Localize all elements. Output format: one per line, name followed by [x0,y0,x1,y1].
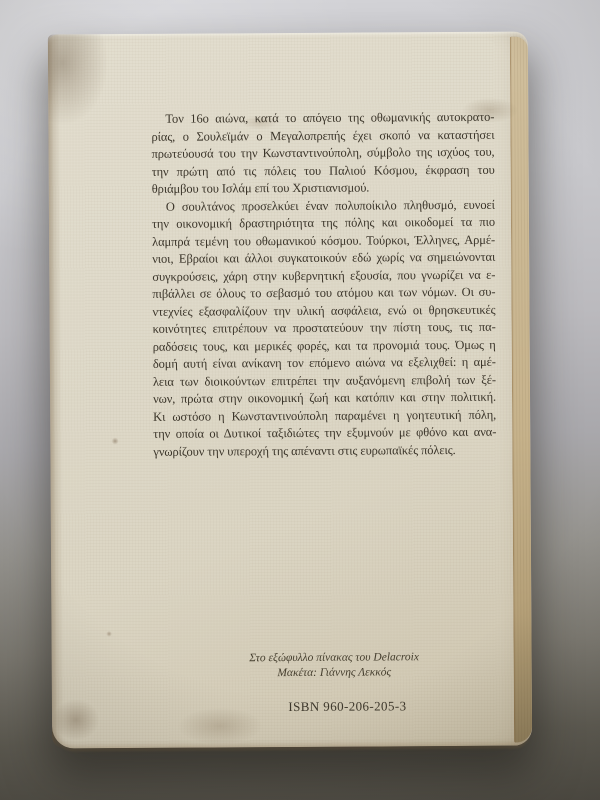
blurb-line: την οποία οι Δυτικοί ταξιδιώτες την εξυμ… [153,424,496,444]
blurb-line: δομή αυτή είναι ανίκανη τον επόμενο αιών… [153,354,496,374]
blurb-line: νων, πρώτα στην οικονομική ζωή και κατόπ… [153,389,496,409]
blurb-line: ντεχνίες εξασφαλίζουν την υλική ασφάλεια… [152,301,495,321]
blurb-line: πρωτεύουσά του την Κωνσταντινούπολη, σύμ… [152,144,495,164]
blurb-line: την πρώτη από τις πόλεις του Παλιού Κόσμ… [152,161,495,181]
blurb-line: συγκρούσεις, χάρη στην κυβερνητική εξουσ… [152,266,495,286]
isbn: ISBN 960-206-205-3 [155,698,498,716]
blurb-line: νιοι, Εβραίοι και άλλοι συγκατοικούν εδώ… [152,249,495,269]
blurb-line: λεια των διοικούντων επιτρέπει την αυξαν… [153,371,496,391]
blurb-line: Ο σουλτάνος προσελκύει έναν πολυποίκιλο … [152,196,495,216]
spine-crease [48,34,64,748]
blurb-line: γνωρίζουν την υπεροχή της απέναντι στις … [153,441,496,461]
blurb-line: λαμπρά τεμένη του οθωμανικού κόσμου. Τού… [152,231,495,251]
credits: Στο εξώφυλλο πίνακας του Delacroix Μακέτ… [155,650,498,682]
blurb-line: Κι ωστόσο η Κωνσταντινούπολη παραμένει η… [153,406,496,426]
blurb-line: Τον 16ο αιώνα, κατά το απόγειο της οθωμα… [151,109,494,129]
credit-design: Μακέτα: Γιάννης Λεκκός [171,665,498,682]
page-block-edge [510,37,532,743]
photo-background: Τον 16ο αιώνα, κατά το απόγειο της οθωμα… [0,0,600,800]
blurb-line: ραδόσεις τους, και μερικές φορές, και τα… [153,336,496,356]
blurb-line: την οικονομική δραστηριότητα της πόλης κ… [152,214,495,234]
blurb-line: πιβάλλει σε όλους το σεβασμό του ατόμου … [152,284,495,304]
book-back-cover: Τον 16ο αιώνα, κατά το απόγειο της οθωμα… [48,32,532,749]
blurb-line: κοινότητες επιτρέπουν να προστατεύουν τη… [153,319,496,339]
blurb-text: Τον 16ο αιώνα, κατά το απόγειο της οθωμα… [151,109,496,461]
blurb-line: ρίας, ο Σουλεϊμάν ο Μεγαλοπρεπής έχει σκ… [151,126,494,146]
blurb-line: θριάμβου του Ισλάμ επί του Χριστιανισμού… [152,179,495,199]
